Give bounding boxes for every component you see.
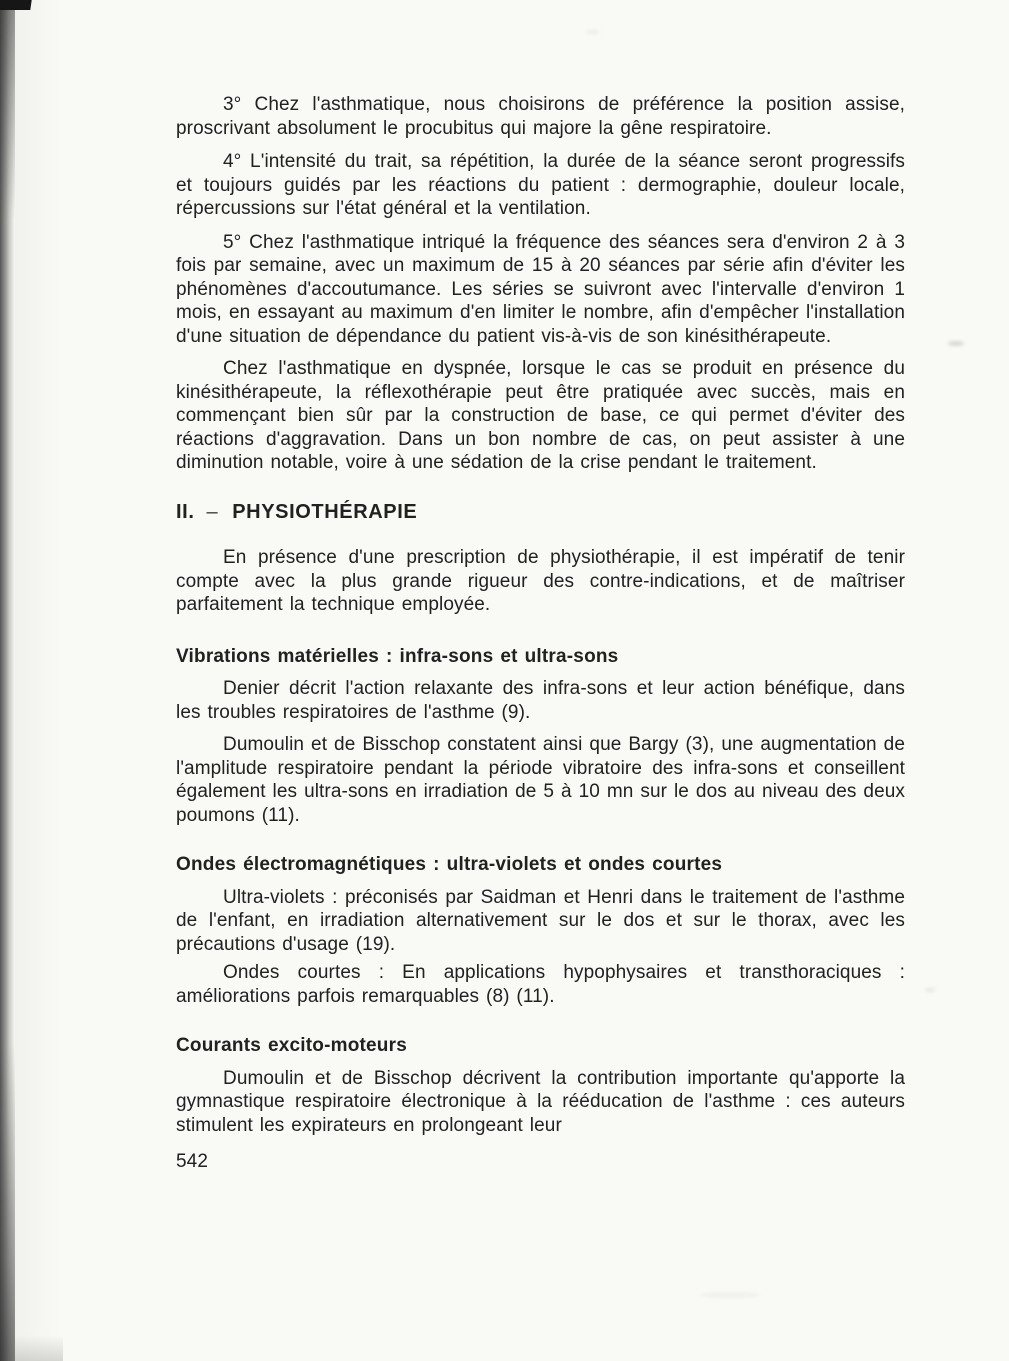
paragraph-dyspnee: Chez l'asthmatique en dyspnée, lorsque l…	[176, 357, 905, 475]
page-number: 542	[176, 1150, 905, 1174]
page-curl-shadow	[15, 1335, 63, 1361]
paragraph-dumoulin-constatent: Dumoulin et de Bisschop constatent ainsi…	[176, 733, 905, 827]
section-dash: –	[206, 501, 218, 523]
subheading-vibrations: Vibrations matérielles : infra-sons et u…	[176, 645, 905, 669]
paragraph-denier: Denier décrit l'action relaxante des inf…	[176, 677, 905, 724]
subheading-courants: Courants excito-moteurs	[176, 1034, 905, 1058]
scan-corner-mark	[0, 0, 32, 10]
paragraph-prescription: En présence d'une prescription de physio…	[176, 546, 905, 617]
paragraph-3: 3° Chez l'asthmatique, nous choisirons d…	[176, 93, 905, 140]
scan-artifact	[925, 988, 935, 992]
subheading-ondes: Ondes électromagnétiques : ultra-violets…	[176, 853, 905, 877]
scanned-book-page: 3° Chez l'asthmatique, nous choisirons d…	[0, 0, 1009, 1361]
paragraph-5: 5° Chez l'asthmatique intriqué la fréque…	[176, 231, 905, 349]
scan-artifact	[948, 341, 964, 346]
section-numeral: II.	[176, 501, 194, 523]
scan-artifact	[586, 30, 600, 34]
page-binding-edge	[0, 0, 15, 1361]
paragraph-4: 4° L'intensité du trait, sa répétition, …	[176, 150, 905, 221]
scan-artifact	[700, 1292, 760, 1298]
section-heading-physiotherapie: II.–PHYSIOTHÉRAPIE	[176, 501, 905, 525]
paragraph-ondes-courtes: Ondes courtes : En applications hypophys…	[176, 961, 905, 1008]
paragraph-ultraviolets: Ultra-violets : préconisés par Saidman e…	[176, 886, 905, 957]
paragraph-dumoulin-decrivent: Dumoulin et de Bisschop décrivent la con…	[176, 1067, 905, 1138]
page-content: 3° Chez l'asthmatique, nous choisirons d…	[176, 93, 905, 1174]
section-title: PHYSIOTHÉRAPIE	[232, 501, 417, 523]
